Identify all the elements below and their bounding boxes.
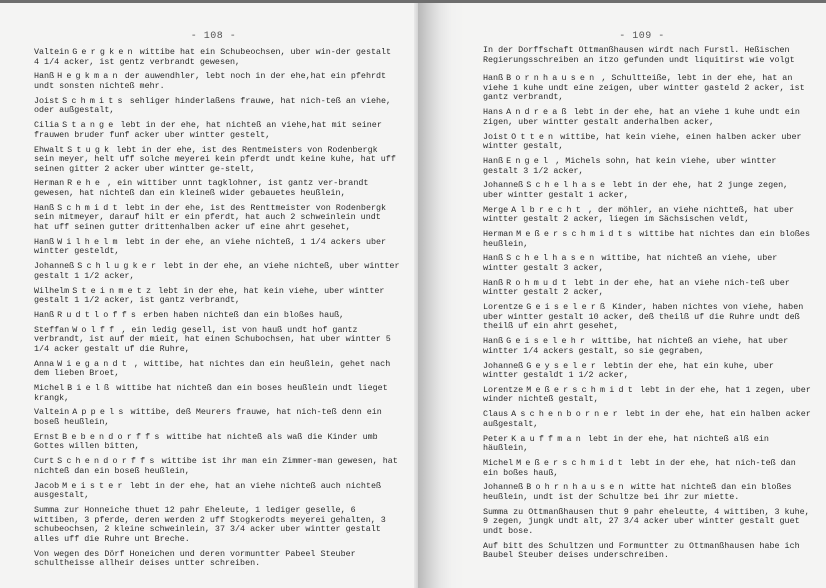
surname-spaced: Stange — [62, 120, 117, 130]
surname-spaced: Appels — [72, 407, 127, 417]
register-entry: WilhelmSteinmetzlebt in der ehe, hat kei… — [34, 287, 400, 306]
surname-spaced: Albrecht — [511, 205, 585, 215]
register-entry: EhwaltStugklebt in der ehe, ist des Rent… — [34, 146, 400, 175]
surname-spaced: Meßerschmidts — [516, 229, 636, 239]
first-name: Hanß — [483, 253, 503, 263]
first-name: Claus — [483, 409, 508, 419]
surname-spaced: Bebendorffs — [62, 432, 163, 442]
first-name: Lorentze — [483, 302, 523, 312]
surname-spaced: Wilhelm — [57, 237, 122, 247]
surname-spaced: Meßerschmidt — [516, 458, 627, 468]
first-name: Joist — [34, 96, 59, 106]
first-name: Johanneß — [34, 261, 74, 271]
first-name: Johanneß — [483, 482, 523, 492]
first-name: Hanß — [483, 336, 503, 346]
register-entry: HanßRohmudtlebt in der ehe, hat an viehe… — [483, 279, 813, 298]
register-entry: HermanRehe, ein wittiber unnt tagklohner… — [34, 179, 400, 198]
surname-spaced: Stugk — [67, 145, 113, 155]
register-entry: AnnaWiegandt, wittibe, hat nichtes dan e… — [34, 360, 400, 379]
first-name: Herman — [483, 229, 513, 239]
surname-spaced: Meister — [62, 481, 127, 491]
register-entry: CurtSchendorffswittibe ist ihr man ein Z… — [34, 457, 400, 476]
register-entry: ValteinAppelswittibe, deß Meurers frauwe… — [34, 408, 400, 427]
surname-spaced: Schmidt — [57, 203, 122, 213]
first-name: Ehwalt — [34, 145, 64, 155]
surname-spaced: Kauffman — [511, 434, 585, 444]
summary-paragraph: Summa zur Honneiche thuet 12 pahr Eheleu… — [34, 506, 400, 544]
page-number-right: - 109 - — [418, 31, 826, 42]
surname-spaced: Rehe — [67, 178, 104, 188]
surname-spaced: Bohrnhausen — [526, 482, 627, 492]
register-entry: JohanneßSchelhaselebt in der ehe, hat 2 … — [483, 181, 813, 200]
first-name: Hanß — [483, 278, 503, 288]
first-name: Peter — [483, 434, 508, 444]
surname-spaced: Rohmudt — [506, 278, 571, 288]
book-spread: - 108 - ValteinGergkenwittibe hat ein Sc… — [0, 0, 826, 588]
first-name: Anna — [34, 359, 54, 369]
surname-spaced: Gergken — [72, 47, 137, 57]
surname-spaced: Aschenborner — [511, 409, 622, 419]
first-name: Hans — [483, 107, 503, 117]
register-entry: JoistOttenwittibe, hat kein viehe, einen… — [483, 133, 813, 152]
entry-text: erben haben nichteß dan ein bloßes hauß, — [143, 310, 344, 320]
surname-spaced: Wiegandt — [57, 359, 131, 369]
summary-paragraph: Summa zu Ottmanßhausen thut 9 pahr ehele… — [483, 508, 813, 537]
surname-spaced: Schlugker — [77, 261, 160, 271]
first-name: Steffan — [34, 325, 69, 335]
register-entry: HanßRudtloffserben haben nichteß dan ein… — [34, 311, 400, 321]
register-entry: SteffanWolff, ein ledig gesell, ist von … — [34, 326, 400, 355]
first-name: Hanß — [34, 237, 54, 247]
entry-text: Summa zu Ottmanßhausen thut 9 pahr ehele… — [483, 507, 810, 536]
first-name: Lorentze — [483, 385, 523, 395]
entry-text: Von wegen des Dörf Honeichen und deren v… — [34, 549, 356, 569]
left-page-text: ValteinGergkenwittibe hat ein Schubeochs… — [34, 48, 400, 574]
first-name: Curt — [34, 456, 54, 466]
register-entry: JohanneßBohrnhausenwitte hat nichteß dan… — [483, 483, 813, 502]
register-entry: HermanMeßerschmidtswittibe hat nichtes d… — [483, 230, 813, 249]
surname-spaced: Hegkman — [57, 71, 122, 81]
surname-spaced: Otten — [511, 132, 557, 142]
register-entry: ClausAschenbornerlebt in der ehe, hat ei… — [483, 410, 813, 429]
surname-spaced: Wolff — [72, 325, 118, 335]
first-name: Hanß — [34, 71, 54, 81]
register-entry: MergeAlbrecht, der möhler, an viehe nich… — [483, 206, 813, 225]
first-name: Ernst — [34, 432, 59, 442]
first-name: Valtein — [34, 47, 69, 57]
first-name: Merge — [483, 205, 508, 215]
register-entry: JacobMeisterlebt in der ehe, hat an vieh… — [34, 482, 400, 501]
surname-spaced: Steinmetz — [72, 286, 155, 296]
surname-spaced: Bornhausen — [506, 73, 598, 83]
entry-text: Summa zur Honneiche thuet 12 pahr Eheleu… — [34, 505, 386, 544]
left-page: - 108 - ValteinGergkenwittibe hat ein Sc… — [0, 3, 418, 588]
page-number-left: - 108 - — [0, 31, 417, 42]
register-entry: HanßBornhausen, Schultteiße, lebt in der… — [483, 74, 813, 103]
first-name: Wilhelm — [34, 286, 69, 296]
first-name: Hanß — [34, 203, 54, 213]
first-name: Joist — [483, 132, 508, 142]
register-entry: MichelBielßwittibe hat nichteß dan ein b… — [34, 384, 400, 403]
surname-spaced: Schelhasen — [506, 253, 598, 263]
surname-spaced: Rudtloffs — [57, 310, 140, 320]
right-page-text: In der Dorffschaft Ottmanßhausen wirdt n… — [483, 46, 813, 566]
register-entry: LorentzeGeiselerßKinder, haben nichtes v… — [483, 303, 813, 332]
first-name: Valtein — [34, 407, 69, 417]
surname-spaced: Geiselehr — [506, 336, 589, 346]
surname-spaced: Geyseler — [526, 361, 600, 371]
surname-spaced: Geiselerß — [526, 302, 609, 312]
surname-spaced: Schelhase — [526, 180, 609, 190]
first-name: Jacob — [34, 481, 59, 491]
register-entry: HanßSchelhasenwittibe, hat nichteß an vi… — [483, 254, 813, 273]
register-entry: LorentzeMeßerschmidtlebt in der ehe, hat… — [483, 386, 813, 405]
first-name: Johanneß — [483, 361, 523, 371]
first-name: Hanß — [483, 73, 503, 83]
register-entry: HansAndreaßlebt in der ehe, hat an viehe… — [483, 108, 813, 127]
register-entry: JohanneßGeyselerlebtin der ehe, hat ein … — [483, 362, 813, 381]
summary-paragraph: Auf bitt des Schultzen und Formuntter zu… — [483, 542, 813, 561]
surname-spaced: Schmits — [62, 96, 127, 106]
right-page: - 109 - In der Dorffschaft Ottmanßhausen… — [418, 3, 826, 588]
surname-spaced: Schendorffs — [57, 456, 158, 466]
summary-paragraph: Von wegen des Dörf Honeichen und deren v… — [34, 550, 400, 569]
first-name: Michel — [483, 458, 513, 468]
register-entry: JoistSchmitssehliger hinderlaßens frauwe… — [34, 97, 400, 116]
intro-paragraph: In der Dorffschaft Ottmanßhausen wirdt n… — [483, 46, 813, 65]
register-entry: JohanneßSchlugkerlebt in der ehe, an vie… — [34, 262, 400, 281]
first-name: Johanneß — [483, 180, 523, 190]
register-entry: HanßEngel, Michels sohn, hat kein viehe,… — [483, 157, 813, 176]
register-entry: MichelMeßerschmidtlebt in der ehe, hat n… — [483, 459, 813, 478]
first-name: Michel — [34, 383, 64, 393]
first-name: Hanß — [483, 156, 503, 166]
register-entry: PeterKauffmanlebt in der ehe, hat nichte… — [483, 435, 813, 454]
first-name: Herman — [34, 178, 64, 188]
register-entry: HanßWilhelmlebt in der ehe, an viehe nic… — [34, 238, 400, 257]
register-entry: HanßSchmidtlebt in der ehe, ist des Rent… — [34, 204, 400, 233]
register-entry: ValteinGergkenwittibe hat ein Schubeochs… — [34, 48, 400, 67]
surname-spaced: Meßerschmidt — [526, 385, 637, 395]
first-name: Hanß — [34, 310, 54, 320]
register-entry: HanßGeiselehrwittibe, hat nichteß an vie… — [483, 337, 813, 356]
first-name: Cilia — [34, 120, 59, 130]
register-entry: ErnstBebendorffswittibe hat nichteß als … — [34, 433, 400, 452]
register-entry: HanßHegkmander auwendhler, lebt noch in … — [34, 72, 400, 91]
surname-spaced: Engel — [506, 156, 552, 166]
surname-spaced: Andreaß — [506, 107, 571, 117]
entry-text: Auf bitt des Schultzen und Formuntter zu… — [483, 541, 800, 561]
register-entry: CiliaStangelebt in der ehe, hat nichteß … — [34, 121, 400, 140]
surname-spaced: Bielß — [67, 383, 113, 393]
